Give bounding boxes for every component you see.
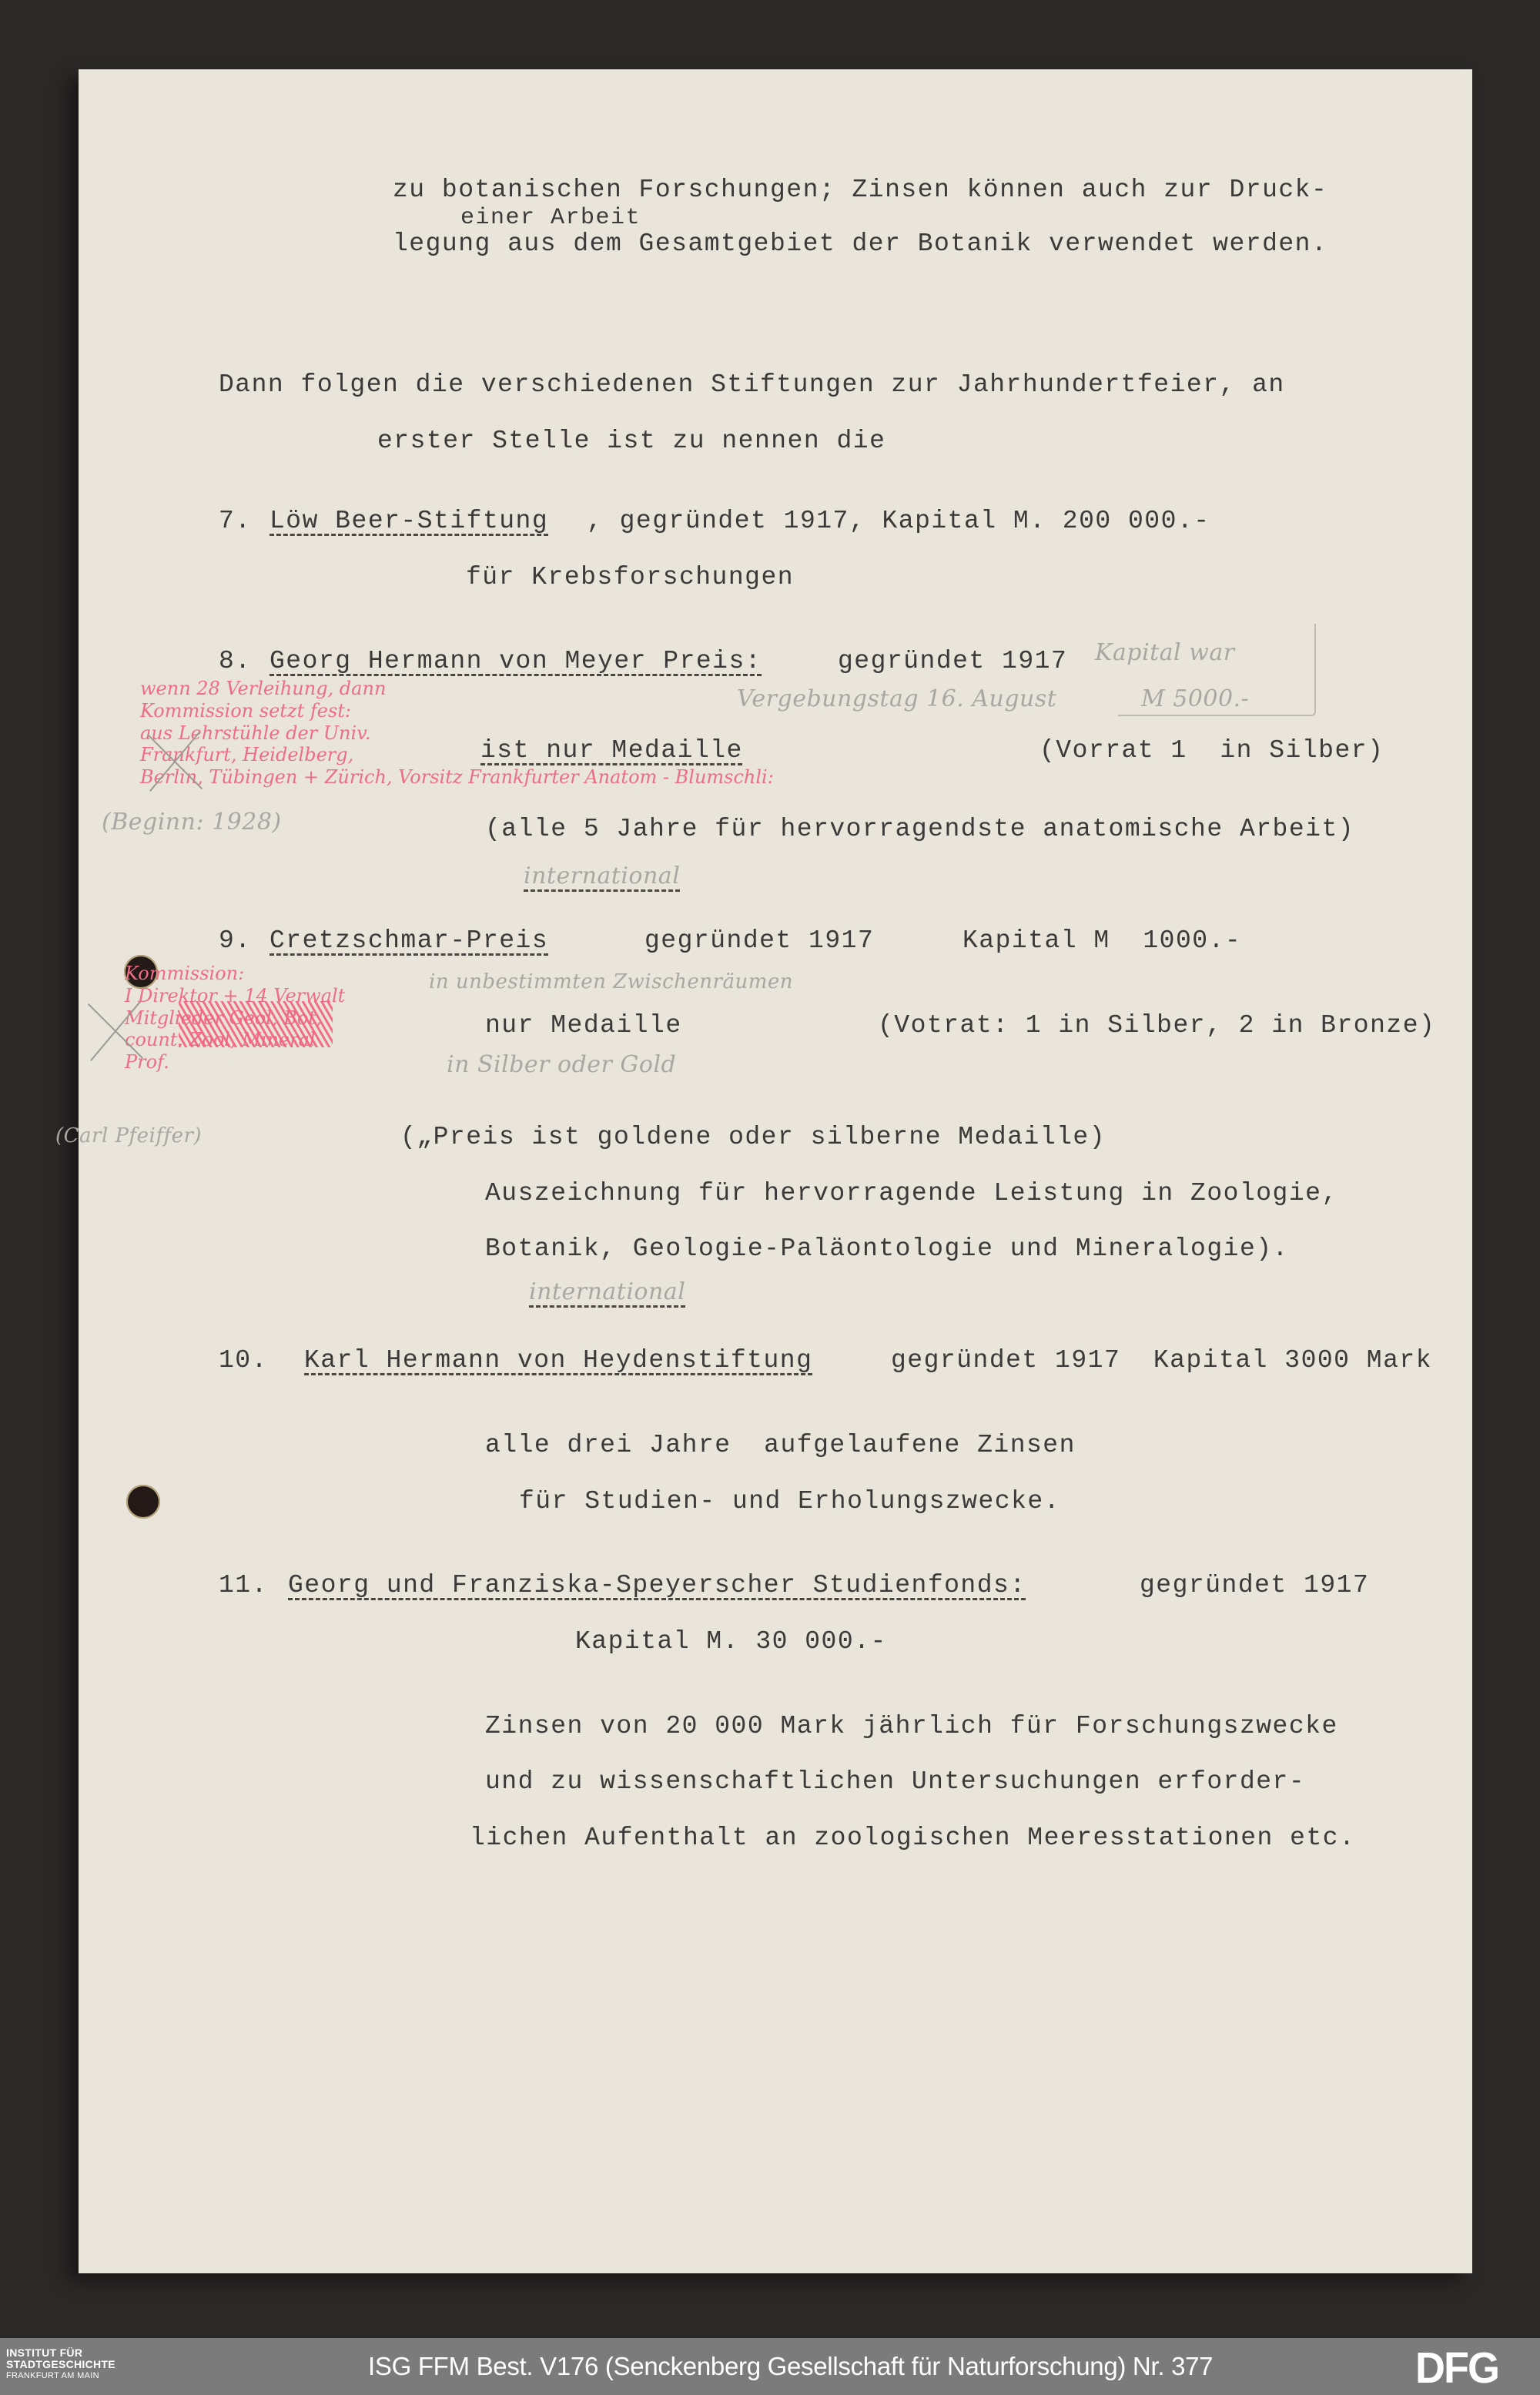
item-8-medal: ist nur Medaille	[480, 738, 743, 763]
item-8-name: Georg Hermann von Meyer Preis:	[269, 648, 762, 674]
pencil-note-beginning: (Beginn: 1928)	[102, 809, 282, 836]
pencil-x-mark-item-9	[77, 1001, 139, 1063]
item-9-detail-3: Botanik, Geologie-Paläontologie und Mine…	[485, 1236, 1289, 1261]
item-10-founded: gegründet 1917 Kapital 3000 Mark	[891, 1348, 1432, 1373]
red-pencil-note-item-8: wenn 28 Verleihung, dann Kommission setz…	[140, 678, 774, 789]
punch-hole-bottom	[126, 1485, 160, 1519]
item-9-detail-1: („Preis ist goldene oder silberne Medail…	[400, 1124, 1106, 1150]
item-10-detail-2: für Studien- und Erholungszwecke.	[519, 1489, 1060, 1514]
item-9-name: Cretzschmar-Preis	[269, 928, 548, 953]
institute-logo: INSTITUT FÜR STADTGESCHICHTE FRANKFURT A…	[6, 2347, 115, 2382]
item-8-detail: (alle 5 Jahre für hervorragendste anatom…	[485, 816, 1354, 842]
intro-line-2: erster Stelle ist zu nennen die	[377, 428, 885, 454]
pencil-note-international-8: international	[524, 863, 680, 889]
intro-line-1: Dann folgen die verschiedenen Stiftungen…	[219, 372, 1285, 397]
institute-line-1: INSTITUT FÜR	[6, 2347, 115, 2359]
item-9-medal: nur Medaille	[485, 1013, 682, 1038]
item-7-number: 7.	[219, 508, 252, 534]
pencil-note-date: Vergebungstag 16. August	[737, 685, 1056, 712]
item-11-detail-1: Zinsen von 20 000 Mark jährlich für Fors…	[485, 1713, 1338, 1739]
institute-line-2: STADTGESCHICHTE	[6, 2359, 115, 2370]
institute-line-3: FRANKFURT AM MAIN	[6, 2370, 115, 2382]
item-11-capital: Kapital M. 30 000.-	[575, 1629, 887, 1654]
text-line-2: legung aus dem Gesamtgebiet der Botanik …	[393, 231, 1327, 256]
item-11-founded: gegründet 1917	[1140, 1573, 1369, 1598]
item-9-capital: Kapital M 1000.-	[962, 928, 1241, 953]
pencil-note-international-9: international	[529, 1278, 685, 1305]
item-10-name: Karl Hermann von Heydenstiftung	[304, 1348, 812, 1373]
item-7-founded: , gegründet 1917, Kapital M. 200 000.-	[587, 508, 1210, 534]
pencil-note-silver-or-gold: in Silber oder Gold	[447, 1051, 676, 1078]
item-10-detail-1: alle drei Jahre aufgelaufene Zinsen	[485, 1432, 1076, 1458]
text-line-1: zu botanischen Forschungen; Zinsen könne…	[393, 177, 1327, 203]
archive-reference-title: ISG FFM Best. V176 (Senckenberg Gesellsc…	[368, 2352, 1213, 2381]
pencil-note-intervals: in unbestimmten Zwischenräumen	[429, 970, 793, 993]
item-11-detail-2: und zu wissenschaftlichen Untersuchungen…	[485, 1769, 1305, 1794]
document-page: zu botanischen Forschungen; Zinsen könne…	[79, 69, 1472, 2273]
item-11-detail-3: lichen Aufenthalt an zoologischen Meeres…	[470, 1825, 1355, 1851]
item-9-founded: gegründet 1917	[644, 928, 874, 953]
item-11-number: 11.	[219, 1573, 268, 1598]
dfg-logo: DFG	[1415, 2343, 1498, 2393]
item-9-stock: (Votrat: 1 in Silber, 2 in Bronze)	[878, 1013, 1435, 1038]
item-11-name: Georg und Franziska-Speyerscher Studienf…	[288, 1573, 1026, 1598]
red-scribble-crossout	[179, 1001, 333, 1047]
item-9-number: 9.	[219, 928, 252, 953]
text-insert-einer-arbeit: einer Arbeit	[460, 206, 641, 229]
item-7-name: Löw Beer-Stiftung	[269, 508, 548, 534]
item-10-number: 10.	[219, 1348, 268, 1373]
archive-footer-bar: INSTITUT FÜR STADTGESCHICHTE FRANKFURT A…	[0, 2338, 1540, 2395]
item-8-founded: gegründet 1917	[838, 648, 1067, 674]
pencil-bracket	[1118, 624, 1316, 716]
item-8-stock: (Vorrat 1 in Silber)	[1039, 738, 1384, 763]
pencil-note-signature: (Carl Pfeiffer)	[55, 1124, 202, 1147]
item-7-detail: für Krebsforschungen	[466, 564, 794, 590]
item-9-detail-2: Auszeichnung für hervorragende Leistung …	[485, 1181, 1338, 1206]
item-8-number: 8.	[219, 648, 252, 674]
pencil-x-mark-item-8	[136, 732, 198, 793]
